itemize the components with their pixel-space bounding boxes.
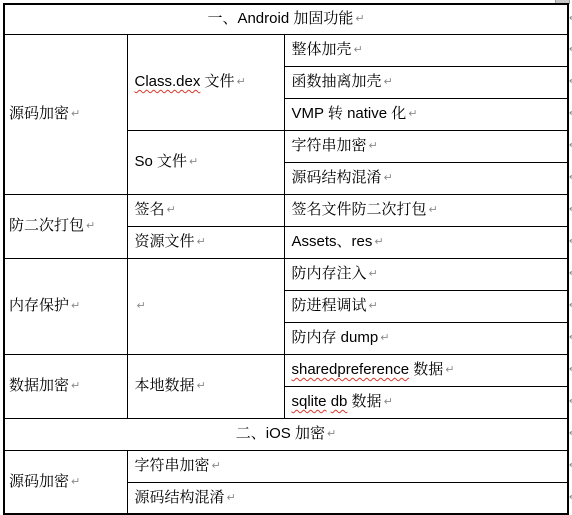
paragraph-mark-icon: ↵ — [212, 460, 221, 472]
paragraph-mark-icon: ↵ — [327, 428, 336, 440]
paragraph-mark-icon: ↵ — [197, 236, 206, 248]
cell-text: 整体加壳 — [292, 41, 352, 58]
misspelled-text: db — [331, 393, 348, 410]
cell-text: So 文件 — [135, 153, 188, 170]
ios-section-title: 二、iOS 加密 — [236, 425, 325, 442]
cell-text: 源码结构混淆 — [292, 169, 382, 186]
cell-text: Assets、res — [292, 233, 373, 250]
cell-text: 资源文件 — [135, 233, 195, 250]
cell-category-data-encryption[interactable]: 数据加密↵ — [4, 354, 127, 418]
text-part: 数据 — [347, 393, 381, 410]
paragraph-mark-icon: ↵ — [355, 13, 364, 25]
table-row: 数据加密↵ 本地数据↵ sharedpreference 数据↵ — [4, 354, 568, 386]
misspelled-text: sqlite — [292, 393, 327, 410]
paragraph-mark-icon: ↵ — [429, 204, 438, 216]
cell-sub-empty[interactable]: ↵ — [127, 258, 284, 354]
text-part: 文件 — [200, 73, 234, 90]
paragraph-mark-icon: ↵ — [384, 396, 393, 408]
table-row: 一、Android 加固功能↵ — [4, 4, 568, 34]
text-part: 数据 — [409, 361, 443, 378]
cell-sub-local-data[interactable]: 本地数据↵ — [127, 354, 284, 418]
cell-text: 签名文件防二次打包 — [292, 201, 427, 218]
cell-file-classdex[interactable]: Class.dex 文件↵ — [127, 34, 284, 130]
cell-text: 源码结构混淆 — [135, 489, 225, 506]
cell-text: sqlite db 数据 — [292, 393, 382, 410]
cell-category-memory-protection[interactable]: 内存保护↵ — [4, 258, 127, 354]
cell-text: 源码加密 — [9, 105, 69, 122]
cell-sub-signature[interactable]: 签名↵ — [127, 194, 284, 226]
paragraph-mark-icon: ↵ — [71, 476, 80, 488]
cell-feature-assets-res[interactable]: Assets、res↵ — [284, 226, 568, 258]
cell-text: 源码加密 — [9, 473, 69, 490]
paragraph-mark-icon: ↵ — [167, 204, 176, 216]
paragraph-mark-icon: ↵ — [354, 44, 363, 56]
misspelled-text: sharedpreference — [292, 361, 410, 378]
cell-feature-structure-obfuscation[interactable]: 源码结构混淆↵ — [284, 162, 568, 194]
paragraph-mark-icon: ↵ — [374, 236, 383, 248]
cell-text: 函数抽离加壳 — [292, 73, 382, 90]
cell-text: 本地数据 — [135, 377, 195, 394]
cell-text: 防二次打包 — [9, 217, 84, 234]
cell-text: 字符串加密 — [292, 137, 367, 154]
table-row: 内存保护↵ ↵ 防内存注入↵ — [4, 258, 568, 290]
android-section-title-cell[interactable]: 一、Android 加固功能↵ — [4, 4, 568, 34]
paragraph-mark-icon: ↵ — [380, 332, 389, 344]
cell-file-so[interactable]: So 文件↵ — [127, 130, 284, 194]
paragraph-mark-icon: ↵ — [369, 300, 378, 312]
paragraph-mark-icon: ↵ — [197, 380, 206, 392]
cell-category-anti-repack[interactable]: 防二次打包↵ — [4, 194, 127, 258]
cell-text: 签名 — [135, 201, 165, 218]
table-row: 二、iOS 加密↵ — [4, 418, 568, 450]
cell-feature-ios-string-encryption[interactable]: 字符串加密↵ — [127, 450, 568, 482]
paragraph-mark-icon: ↵ — [369, 140, 378, 152]
cell-category-ios-source-encryption[interactable]: 源码加密↵ — [4, 450, 127, 514]
cell-feature-function-extraction[interactable]: 函数抽离加壳↵ — [284, 66, 568, 98]
paragraph-mark-icon: ↵ — [384, 172, 393, 184]
cell-text: 防进程调试 — [292, 297, 367, 314]
cell-text: 字符串加密 — [135, 457, 210, 474]
cell-feature-sqlite-db[interactable]: sqlite db 数据↵ — [284, 386, 568, 418]
paragraph-mark-icon: ↵ — [408, 108, 417, 120]
cell-text: VMP 转 native 化 — [292, 105, 407, 122]
paragraph-mark-icon: ↵ — [189, 156, 198, 168]
misspelled-text: Class.dex — [135, 73, 201, 90]
table-row: 防二次打包↵ 签名↵ 签名文件防二次打包↵ — [4, 194, 568, 226]
paragraph-mark-icon: ↵ — [86, 220, 95, 232]
cell-text: Class.dex 文件 — [135, 73, 235, 90]
android-section-title: 一、Android 加固功能 — [207, 10, 353, 27]
ios-section-title-cell[interactable]: 二、iOS 加密↵ — [4, 418, 568, 450]
cell-feature-anti-memory-dump[interactable]: 防内存 dump↵ — [284, 322, 568, 354]
cell-text: 防内存 dump — [292, 329, 379, 346]
cell-text: 内存保护 — [9, 297, 69, 314]
cell-sub-resource-file[interactable]: 资源文件↵ — [127, 226, 284, 258]
cell-feature-vmp-native[interactable]: VMP 转 native 化↵ — [284, 98, 568, 130]
paragraph-mark-icon: ↵ — [71, 380, 80, 392]
word-document-page: 一、Android 加固功能↵ 源码加密↵ Class.dex 文件↵ 整体加壳… — [0, 0, 572, 515]
cell-text: sharedpreference 数据 — [292, 361, 444, 378]
cell-feature-signature-anti-repack[interactable]: 签名文件防二次打包↵ — [284, 194, 568, 226]
cell-text: 数据加密 — [9, 377, 69, 394]
cell-feature-ios-structure-obfuscation[interactable]: 源码结构混淆↵ — [127, 482, 568, 514]
paragraph-mark-icon: ↵ — [71, 108, 80, 120]
paragraph-mark-icon: ↵ — [237, 76, 246, 88]
paragraph-mark-icon: ↵ — [384, 76, 393, 88]
table-row: 源码加密↵ 字符串加密↵ — [4, 450, 568, 482]
cell-feature-whole-shell[interactable]: 整体加壳↵ — [284, 34, 568, 66]
feature-table: 一、Android 加固功能↵ 源码加密↵ Class.dex 文件↵ 整体加壳… — [3, 3, 569, 515]
cell-feature-sharedpreference[interactable]: sharedpreference 数据↵ — [284, 354, 568, 386]
cell-feature-anti-memory-injection[interactable]: 防内存注入↵ — [284, 258, 568, 290]
cell-feature-string-encryption[interactable]: 字符串加密↵ — [284, 130, 568, 162]
paragraph-mark-icon: ↵ — [137, 300, 146, 312]
cell-text: 防内存注入 — [292, 265, 367, 282]
paragraph-mark-icon: ↵ — [445, 364, 454, 376]
paragraph-mark-icon: ↵ — [71, 300, 80, 312]
cell-feature-anti-process-debug[interactable]: 防进程调试↵ — [284, 290, 568, 322]
cell-category-source-encryption[interactable]: 源码加密↵ — [4, 34, 127, 194]
paragraph-mark-icon: ↵ — [227, 492, 236, 504]
paragraph-mark-icon: ↵ — [369, 268, 378, 280]
table-row: 源码加密↵ Class.dex 文件↵ 整体加壳↵ — [4, 34, 568, 66]
